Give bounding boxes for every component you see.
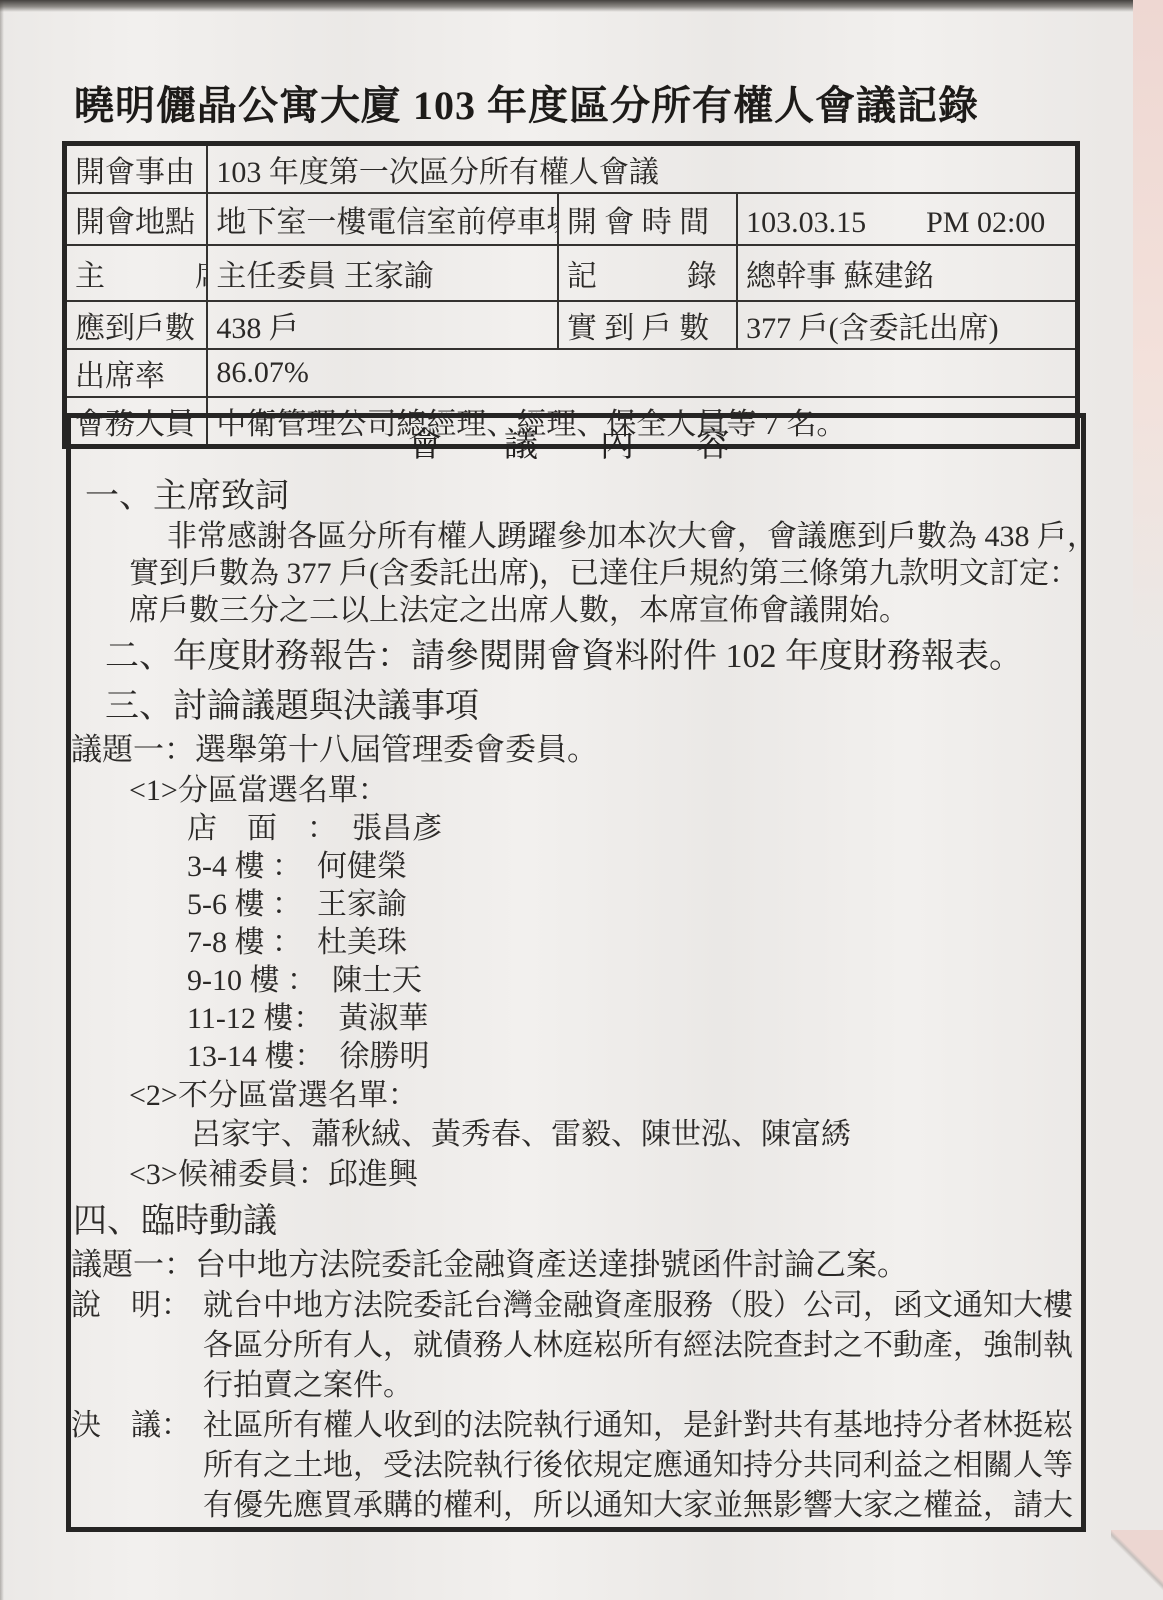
content-line: 7-8 樓 ： 杜美珠 — [187, 924, 1081, 962]
expected-households-label: 應到戶數 — [65, 301, 208, 349]
content-line: 所有之土地，受法院執行後依規定應通知持分共同利益之相關人等 — [203, 1446, 1081, 1486]
content-line: 實到戶數為 377 戶(含委託出席)，已達住戶規約第三條第九款明文訂定：出 — [129, 555, 1081, 592]
row-meeting-reason: 開會事由 103 年度第一次區分所有權人會議 — [65, 144, 1078, 194]
content-line: 9-10 樓 ： 陳士天 — [187, 962, 1081, 1000]
document-title: 曉明儷晶公寓大廈 103 年度區分所有權人會議記錄 — [74, 74, 979, 131]
meeting-reason-value: 103 年度第一次區分所有權人會議 — [207, 144, 1077, 194]
location-value: 地下室一樓電信室前停車場 — [207, 193, 557, 245]
row-chair-recorder: 主 席 主任委員 王家諭 記 錄 總幹事 蘇建銘 — [65, 245, 1078, 301]
content-line: 一、主席致詞 — [85, 476, 1081, 518]
content-line: 有優先應買承購的權利，所以通知大家並無影響大家之權益，請大 — [203, 1486, 1081, 1526]
content-line: 議題一：台中地方法院委託金融資產送達掛號函件討論乙案。 — [71, 1244, 1081, 1286]
content-line-text: 社區所有權人收到的法院執行通知，是針對共有基地持分者林挺崧 — [203, 1409, 1073, 1442]
content-line: 5-6 樓 ： 王家諭 — [187, 886, 1081, 924]
content-line: <1>分區當選名單： — [129, 771, 1081, 810]
content-line-text: 就台中地方法院委託台灣金融資產服務（股）公司，函文通知大樓 — [203, 1289, 1073, 1322]
attendance-rate-value: 86.07% — [207, 349, 1077, 397]
content-line: 二、年度財務報告：請參閱開會資料附件 102 年度財務報表。 — [105, 635, 1081, 679]
content-line-label: 說 明： — [71, 1286, 203, 1326]
content-line: 行拍賣之案件。 — [203, 1366, 1081, 1406]
content-line: 議題一：選舉第十八屆管理委會委員。 — [71, 729, 1081, 771]
scan-right-edge-band — [1133, 0, 1163, 660]
scan-paper: 曉明儷晶公寓大廈 103 年度區分所有權人會議記錄 開會事由 103 年度第一次… — [0, 0, 1163, 1600]
content-lines: 一、主席致詞非常感謝各區分所有權人踴躍參加本次大會，會議應到戶數為 438 戶，… — [71, 476, 1081, 1526]
row-location-time: 開會地點 地下室一樓電信室前停車場 開 會 時 間 103.03.15 PM 0… — [65, 193, 1078, 245]
scanned-document: { "document": { "title": "曉明儷晶公寓大廈 103 年… — [0, 0, 1163, 1600]
attendance-rate-label: 出席率 — [65, 349, 208, 397]
meeting-reason-label: 開會事由 — [65, 144, 208, 194]
content-line: 3-4 樓 ： 何健榮 — [187, 848, 1081, 886]
meeting-info-table: 開會事由 103 年度第一次區分所有權人會議 開會地點 地下室一樓電信室前停車場… — [62, 141, 1080, 449]
content-line: 非常感謝各區分所有權人踴躍參加本次大會，會議應到戶數為 438 戶， — [167, 518, 1081, 555]
chair-value: 主任委員 王家諭 — [207, 245, 557, 301]
content-line: 四、臨時動議 — [73, 1200, 1081, 1244]
content-line: 三、討論議題與決議事項 — [105, 685, 1081, 729]
scan-corner-fold — [1111, 1530, 1163, 1600]
scan-left-edge-shadow — [0, 0, 4, 1600]
content-line: <3>候補委員：邱進興 — [129, 1155, 1081, 1194]
recorder-label: 記 錄 — [558, 245, 737, 301]
content-line: <2>不分區當選名單： — [129, 1076, 1081, 1115]
content-line: 店 面 ： 張昌彥 — [187, 810, 1081, 848]
content-line: 席戶數三分之二以上法定之出席人數，本席宣佈會議開始。 — [129, 592, 1081, 629]
recorder-value: 總幹事 蘇建銘 — [737, 245, 1077, 301]
content-line: 呂家宇、蕭秋絨、黃秀春、雷毅、陳世泓、陳富綉 — [191, 1115, 1081, 1155]
chair-label: 主 席 — [65, 245, 208, 301]
row-attendance-rate: 出席率 86.07% — [65, 349, 1078, 397]
scan-top-edge-shadow — [0, 0, 1163, 12]
content-line: 各區分所有人，就債務人林庭崧所有經法院查封之不動產，強制執 — [203, 1326, 1081, 1366]
row-households: 應到戶數 438 戶 實 到 戶 數 377 戶(含委託出席) — [65, 301, 1078, 349]
location-label: 開會地點 — [65, 193, 208, 245]
content-heading: 會 議 內 容 — [71, 424, 1081, 468]
content-line: 11-12 樓： 黃淑華 — [187, 1000, 1081, 1038]
meeting-content-box: 會 議 內 容 一、主席致詞非常感謝各區分所有權人踴躍參加本次大會，會議應到戶數… — [66, 413, 1086, 1532]
actual-households-value: 377 戶(含委託出席) — [737, 301, 1077, 349]
content-line: 13-14 樓： 徐勝明 — [187, 1038, 1081, 1076]
content-line-label: 決 議： — [71, 1406, 203, 1446]
time-label: 開 會 時 間 — [558, 193, 737, 245]
content-line: 說 明：就台中地方法院委託台灣金融資產服務（股）公司，函文通知大樓 — [71, 1286, 1081, 1326]
actual-households-label: 實 到 戶 數 — [558, 301, 737, 349]
expected-households-value: 438 戶 — [207, 301, 557, 349]
content-line: 決 議：社區所有權人收到的法院執行通知，是針對共有基地持分者林挺崧 — [71, 1406, 1081, 1446]
time-value: 103.03.15 PM 02:00 — [737, 193, 1077, 245]
